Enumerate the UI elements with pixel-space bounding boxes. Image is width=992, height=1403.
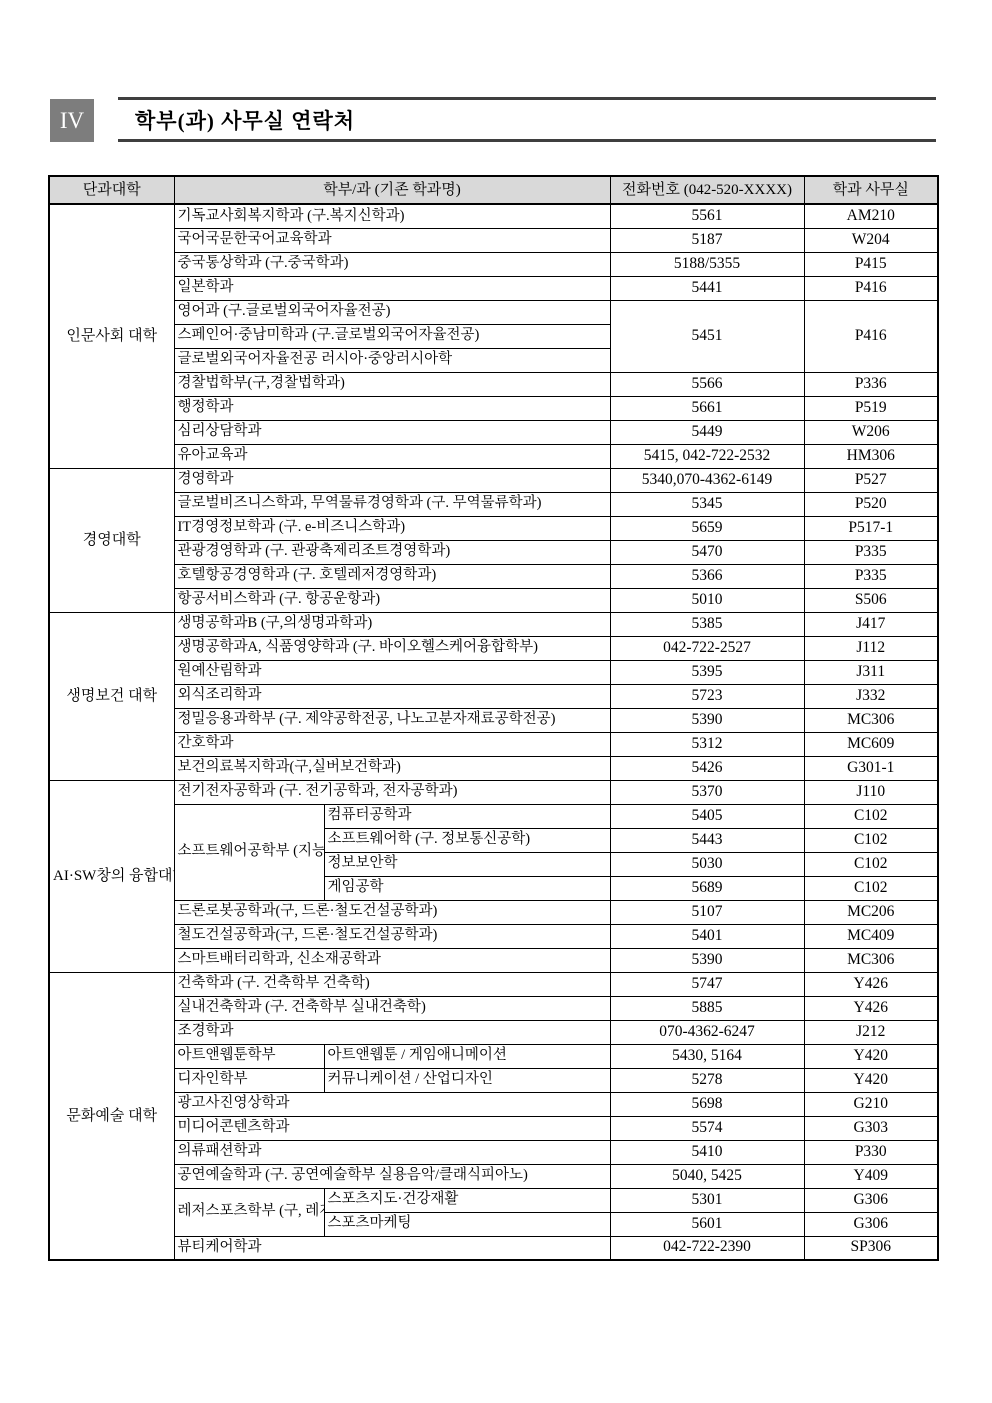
office-cell: SP306: [804, 1236, 938, 1260]
phone-cell: 070-4362-6247: [610, 1020, 804, 1044]
phone-cell: 5301: [610, 1188, 804, 1212]
office-cell: MC306: [804, 948, 938, 972]
office-cell: Y426: [804, 972, 938, 996]
table-row: 조경학과 070-4362-6247 J212: [49, 1020, 938, 1044]
dept-cell: 외식조리학과: [174, 684, 610, 708]
dept-cell: 생명공학과B (구,의생명과학과): [174, 612, 610, 636]
dept-cell: 일본학과: [174, 276, 610, 300]
dept-cell: 공연예술학과 (구. 공연예술학부 실용음악/클래식피아노): [174, 1164, 610, 1188]
phone-cell: 5395: [610, 660, 804, 684]
dept-cell: 생명공학과A, 식품영양학과 (구. 바이오헬스케어융합학부): [174, 636, 610, 660]
dept-cell: 간호학과: [174, 732, 610, 756]
phone-cell: 5747: [610, 972, 804, 996]
phone-cell: 5390: [610, 708, 804, 732]
office-cell: C102: [804, 804, 938, 828]
office-cell: MC206: [804, 900, 938, 924]
office-cell: C102: [804, 876, 938, 900]
table-row: 생명공학과A, 식품영양학과 (구. 바이오헬스케어융합학부) 042-722-…: [49, 636, 938, 660]
office-cell: MC409: [804, 924, 938, 948]
office-cell: P335: [804, 564, 938, 588]
office-cell: J112: [804, 636, 938, 660]
phone-cell: 5401: [610, 924, 804, 948]
dept-cell: 영어과 (구.글로벌외국어자율전공): [174, 300, 610, 324]
table-row: 글로벌비즈니스학과, 무역물류경영학과 (구. 무역물류학과) 5345 P52…: [49, 492, 938, 516]
office-cell: C102: [804, 852, 938, 876]
office-cell: G301-1: [804, 756, 938, 780]
office-cell: Y420: [804, 1044, 938, 1068]
office-cell: P336: [804, 372, 938, 396]
phone-cell: 5443: [610, 828, 804, 852]
col-header-department: 학부/과 (기존 학과명): [174, 176, 610, 204]
table-row: AI·SW창의 융합대학 전기전자공학과 (구. 전기공학과, 전자공학과) 5…: [49, 780, 938, 804]
dept-cell: 미디어콘텐츠학과: [174, 1116, 610, 1140]
phone-cell: 5010: [610, 588, 804, 612]
office-cell: P519: [804, 396, 938, 420]
table-row: 문화예술 대학 건축학과 (구. 건축학부 건축학) 5747 Y426: [49, 972, 938, 996]
office-cell: J311: [804, 660, 938, 684]
table-row: 원예산림학과 5395 J311: [49, 660, 938, 684]
phone-cell: 5385: [610, 612, 804, 636]
phone-cell: 5601: [610, 1212, 804, 1236]
phone-cell: 5566: [610, 372, 804, 396]
phone-cell: 5390: [610, 948, 804, 972]
office-cell: P517-1: [804, 516, 938, 540]
table-row: 영어과 (구.글로벌외국어자율전공) 5451 P416: [49, 300, 938, 324]
office-cell: AM210: [804, 204, 938, 228]
college-cell: 경영대학: [49, 468, 174, 612]
table-row: 레저스포츠학부 (구, 레저스포츠학과) 스포츠지도·건강재활 5301 G30…: [49, 1188, 938, 1212]
dept-cell: 실내건축학과 (구. 건축학부 실내건축학): [174, 996, 610, 1020]
dept-cell: 심리상담학과: [174, 420, 610, 444]
dept-group-cell: 소프트웨어공학부 (지능SW공학부): [174, 804, 324, 900]
dept-cell: 정밀응용과학부 (구. 제약공학전공, 나노고분자재료공학전공): [174, 708, 610, 732]
dept-cell: 원예산림학과: [174, 660, 610, 684]
phone-cell: 042-722-2527: [610, 636, 804, 660]
phone-cell: 5698: [610, 1092, 804, 1116]
office-cell: Y409: [804, 1164, 938, 1188]
college-cell: AI·SW창의 융합대학: [49, 780, 174, 972]
table-row: IT경영정보학과 (구. e-비즈니스학과) 5659 P517-1: [49, 516, 938, 540]
office-cell: W204: [804, 228, 938, 252]
dept-cell: 뷰티케어학과: [174, 1236, 610, 1260]
dept-cell: 의류패션학과: [174, 1140, 610, 1164]
table-row: 미디어콘텐츠학과 5574 G303: [49, 1116, 938, 1140]
table-row: 항공서비스학과 (구. 항공운항과) 5010 S506: [49, 588, 938, 612]
table-row: 국어국문한국어교육학과 5187 W204: [49, 228, 938, 252]
table-row: 외식조리학과 5723 J332: [49, 684, 938, 708]
phone-cell: 5312: [610, 732, 804, 756]
office-cell: P330: [804, 1140, 938, 1164]
sub-dept-cell: 아트앤웹툰 / 게임애니메이션: [324, 1044, 610, 1068]
dept-cell: 글로벌외국어자율전공 러시아·중앙러시아학: [174, 348, 610, 372]
dept-cell: 경찰법학부(구,경찰법학과): [174, 372, 610, 396]
phone-cell: 5370: [610, 780, 804, 804]
sub-dept-cell: 게임공학: [324, 876, 610, 900]
dept-cell: 기독교사회복지학과 (구.복지신학과): [174, 204, 610, 228]
table-row: 유아교육과 5415, 042-722-2532 HM306: [49, 444, 938, 468]
table-row: 소프트웨어공학부 (지능SW공학부) 컴퓨터공학과 5405 C102: [49, 804, 938, 828]
dept-cell: 중국통상학과 (구.중국학과): [174, 252, 610, 276]
dept-cell: 광고사진영상학과: [174, 1092, 610, 1116]
office-cell: P520: [804, 492, 938, 516]
office-cell: P416: [804, 300, 938, 372]
office-cell: J110: [804, 780, 938, 804]
col-header-college: 단과대학: [49, 176, 174, 204]
phone-cell: 5661: [610, 396, 804, 420]
sub-dept-cell: 커뮤니케이션 / 산업디자인: [324, 1068, 610, 1092]
office-cell: MC306: [804, 708, 938, 732]
office-cell: P416: [804, 276, 938, 300]
phone-cell: 5188/5355: [610, 252, 804, 276]
phone-cell: 5340,070-4362-6149: [610, 468, 804, 492]
table-row: 보건의료복지학과(구,실버보건학과) 5426 G301-1: [49, 756, 938, 780]
contact-table: 단과대학 학부/과 (기존 학과명) 전화번호 (042-520-XXXX) 학…: [48, 175, 939, 1261]
college-cell: 생명보건 대학: [49, 612, 174, 780]
dept-cell: 관광경영학과 (구. 관광축제리조트경영학과): [174, 540, 610, 564]
table-row: 경찰법학부(구,경찰법학과) 5566 P336: [49, 372, 938, 396]
office-cell: P335: [804, 540, 938, 564]
table-row: 뷰티케어학과 042-722-2390 SP306: [49, 1236, 938, 1260]
dept-cell: 항공서비스학과 (구. 항공운항과): [174, 588, 610, 612]
table-row: 생명보건 대학 생명공학과B (구,의생명과학과) 5385 J417: [49, 612, 938, 636]
dept-group-cell: 디자인학부: [174, 1068, 324, 1092]
phone-cell: 5885: [610, 996, 804, 1020]
dept-cell: 건축학과 (구. 건축학부 건축학): [174, 972, 610, 996]
sub-dept-cell: 스포츠지도·건강재활: [324, 1188, 610, 1212]
phone-cell: 5723: [610, 684, 804, 708]
sub-dept-cell: 컴퓨터공학과: [324, 804, 610, 828]
dept-cell: 전기전자공학과 (구. 전기공학과, 전자공학과): [174, 780, 610, 804]
phone-cell: 042-722-2390: [610, 1236, 804, 1260]
table-row: 드론로봇공학과(구, 드론·철도건설공학과) 5107 MC206: [49, 900, 938, 924]
sub-dept-cell: 소프트웨어학 (구. 정보통신공학): [324, 828, 610, 852]
section-number-badge: IV: [50, 99, 94, 142]
office-cell: G306: [804, 1212, 938, 1236]
table-row: 실내건축학과 (구. 건축학부 실내건축학) 5885 Y426: [49, 996, 938, 1020]
col-header-office: 학과 사무실: [804, 176, 938, 204]
col-header-phone: 전화번호 (042-520-XXXX): [610, 176, 804, 204]
phone-cell: 5366: [610, 564, 804, 588]
table-row: 호텔항공경영학과 (구. 호텔레저경영학과) 5366 P335: [49, 564, 938, 588]
office-cell: P415: [804, 252, 938, 276]
office-cell: W206: [804, 420, 938, 444]
office-cell: G306: [804, 1188, 938, 1212]
table-row: 중국통상학과 (구.중국학과) 5188/5355 P415: [49, 252, 938, 276]
dept-group-cell: 레저스포츠학부 (구, 레저스포츠학과): [174, 1188, 324, 1236]
office-cell: J332: [804, 684, 938, 708]
office-cell: S506: [804, 588, 938, 612]
office-cell: G210: [804, 1092, 938, 1116]
dept-group-cell: 아트앤웹툰학부: [174, 1044, 324, 1068]
phone-cell: 5451: [610, 300, 804, 372]
table-row: 의류패션학과 5410 P330: [49, 1140, 938, 1164]
table-row: 정밀응용과학부 (구. 제약공학전공, 나노고분자재료공학전공) 5390 MC…: [49, 708, 938, 732]
dept-cell: 조경학과: [174, 1020, 610, 1044]
phone-cell: 5107: [610, 900, 804, 924]
table-row: 광고사진영상학과 5698 G210: [49, 1092, 938, 1116]
table-row: 간호학과 5312 MC609: [49, 732, 938, 756]
phone-cell: 5410: [610, 1140, 804, 1164]
dept-cell: 국어국문한국어교육학과: [174, 228, 610, 252]
phone-cell: 5689: [610, 876, 804, 900]
page-title: 학부(과) 사무실 연락처: [118, 97, 936, 142]
office-cell: HM306: [804, 444, 938, 468]
dept-cell: 스마트배터리학과, 신소재공학과: [174, 948, 610, 972]
table-row: 아트앤웹툰학부 아트앤웹툰 / 게임애니메이션 5430, 5164 Y420: [49, 1044, 938, 1068]
phone-cell: 5345: [610, 492, 804, 516]
phone-cell: 5278: [610, 1068, 804, 1092]
dept-cell: 글로벌비즈니스학과, 무역물류경영학과 (구. 무역물류학과): [174, 492, 610, 516]
dept-cell: IT경영정보학과 (구. e-비즈니스학과): [174, 516, 610, 540]
phone-cell: 5030: [610, 852, 804, 876]
sub-dept-cell: 스포츠마케팅: [324, 1212, 610, 1236]
table-row: 행정학과 5661 P519: [49, 396, 938, 420]
phone-cell: 5187: [610, 228, 804, 252]
phone-cell: 5449: [610, 420, 804, 444]
dept-cell: 스페인어·중남미학과 (구.글로벌외국어자율전공): [174, 324, 610, 348]
table-row: 일본학과 5441 P416: [49, 276, 938, 300]
phone-cell: 5659: [610, 516, 804, 540]
table-row: 공연예술학과 (구. 공연예술학부 실용음악/클래식피아노) 5040, 542…: [49, 1164, 938, 1188]
phone-cell: 5441: [610, 276, 804, 300]
dept-cell: 유아교육과: [174, 444, 610, 468]
table-row: 스마트배터리학과, 신소재공학과 5390 MC306: [49, 948, 938, 972]
sub-dept-cell: 정보보안학: [324, 852, 610, 876]
header-row: 단과대학 학부/과 (기존 학과명) 전화번호 (042-520-XXXX) 학…: [49, 176, 938, 204]
dept-cell: 드론로봇공학과(구, 드론·철도건설공학과): [174, 900, 610, 924]
phone-cell: 5405: [610, 804, 804, 828]
dept-cell: 철도건설공학과(구, 드론·철도건설공학과): [174, 924, 610, 948]
table-row: 관광경영학과 (구. 관광축제리조트경영학과) 5470 P335: [49, 540, 938, 564]
phone-cell: 5561: [610, 204, 804, 228]
office-cell: J417: [804, 612, 938, 636]
phone-cell: 5426: [610, 756, 804, 780]
phone-cell: 5430, 5164: [610, 1044, 804, 1068]
table-row: 인문사회 대학 기독교사회복지학과 (구.복지신학과) 5561 AM210: [49, 204, 938, 228]
office-cell: C102: [804, 828, 938, 852]
college-cell: 인문사회 대학: [49, 204, 174, 468]
office-cell: J212: [804, 1020, 938, 1044]
office-cell: Y426: [804, 996, 938, 1020]
college-cell: 문화예술 대학: [49, 972, 174, 1260]
table-row: 심리상담학과 5449 W206: [49, 420, 938, 444]
table-row: 경영대학 경영학과 5340,070-4362-6149 P527: [49, 468, 938, 492]
office-cell: G303: [804, 1116, 938, 1140]
phone-cell: 5415, 042-722-2532: [610, 444, 804, 468]
phone-cell: 5040, 5425: [610, 1164, 804, 1188]
dept-cell: 경영학과: [174, 468, 610, 492]
office-cell: Y420: [804, 1068, 938, 1092]
table-row: 디자인학부 커뮤니케이션 / 산업디자인 5278 Y420: [49, 1068, 938, 1092]
phone-cell: 5574: [610, 1116, 804, 1140]
dept-cell: 호텔항공경영학과 (구. 호텔레저경영학과): [174, 564, 610, 588]
table-row: 철도건설공학과(구, 드론·철도건설공학과) 5401 MC409: [49, 924, 938, 948]
office-cell: P527: [804, 468, 938, 492]
dept-cell: 보건의료복지학과(구,실버보건학과): [174, 756, 610, 780]
office-cell: MC609: [804, 732, 938, 756]
phone-cell: 5470: [610, 540, 804, 564]
dept-cell: 행정학과: [174, 396, 610, 420]
